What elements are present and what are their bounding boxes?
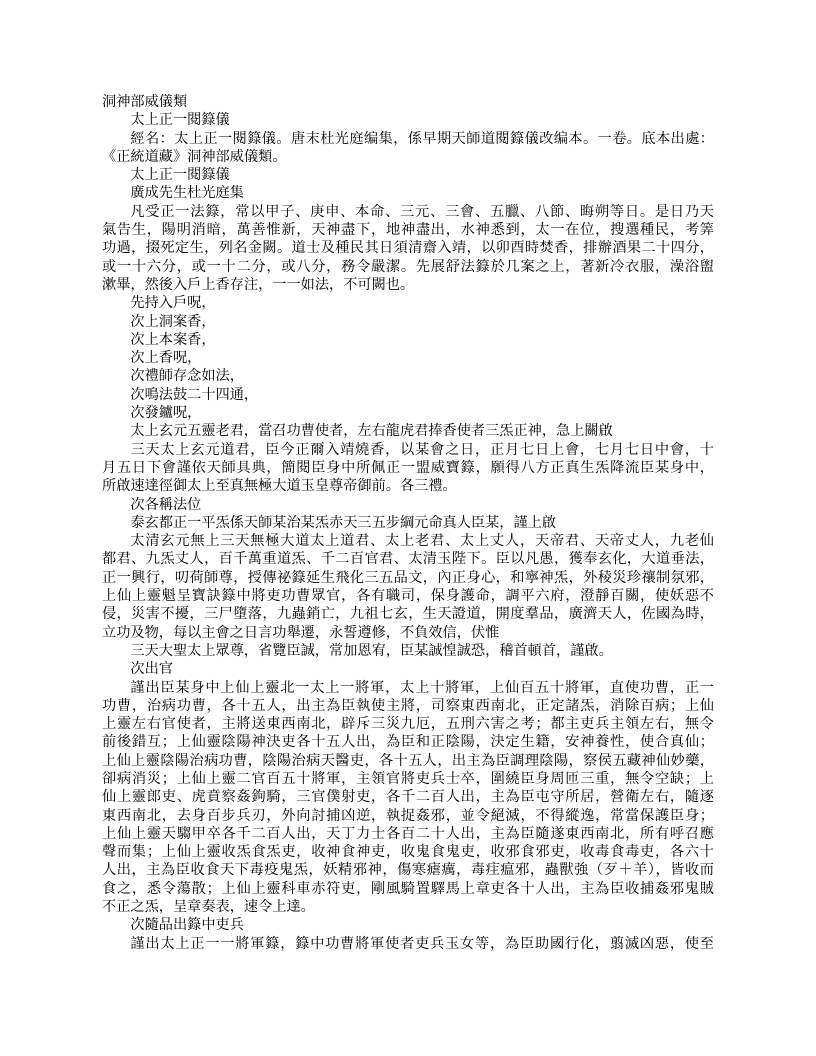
text-line: 都君、九炁丈人，百千萬重道炁、千二百官君、太清玉陛下。臣以凡愚，獲奉玄化，大道垂… <box>102 550 714 568</box>
text-line: 月五日下會謹依天師具典，簡閱臣身中所佩正一盟威寶籙，願得八方正真生炁降流臣某身中… <box>102 459 714 477</box>
text-line: 前後錯互；上仙靈陰陽神決吏各十五人出，為臣和正陰陽，決定生籍，安神養性，使合真仙… <box>102 733 714 751</box>
text-line: 謹出臣某身中上仙上靈北一太上一將軍，太上十將軍，上仙百五十將軍，直使功曹，正一 <box>102 679 714 697</box>
text-line: 上靈左右官使者，主將送東西南北，辟斥三災九厄，五刑六害之考；都主吏兵主領左右，無… <box>102 715 714 733</box>
text-line: 仙上靈郎吏、虎賁察姦鉤騎，三官僕射吏，各千二百人出，主為臣屯守所居，營衛左右，隨… <box>102 788 714 806</box>
text-line: 人出，主為臣收食天下毒疫鬼炁，妖精邪神，傷寒瘧癘，毒疰瘟邪，蟲獸強（歹＋羊），皆… <box>102 861 714 879</box>
text-line: 太上正一閱籙儀 <box>102 166 714 184</box>
text-line: 上仙上靈陰陽治病功曹，陰陽治病天醫吏，各十五人，出主為臣調理陰陽，察侯五藏神仙妙… <box>102 752 714 770</box>
text-line: 功過，掇死定生，列名金闕。道士及種民其日須清齋入靖，以卯酉時焚香，排辦酒果二十四… <box>102 239 714 257</box>
document-text: 洞神部威儀類太上正一閱籙儀經名：太上正一閱籙儀。唐末杜光庭编集，係早期天師道閱籙… <box>102 93 714 953</box>
text-line: 卻病消災；上仙上靈二官百五十將軍，主領官將吏兵士卒，圍繞臣身周匝三重，無令空缺；… <box>102 770 714 788</box>
text-line: 次上香呪， <box>102 349 714 367</box>
text-line: 《正統道藏》洞神部威儀類。 <box>102 148 714 166</box>
text-line: 漱畢，然後入戶上香存注，一一如法，不可闕也。 <box>102 276 714 294</box>
text-line: 或一十六分，或一十二分，或八分，務令嚴潔。先展舒法籙於几案之上，著新冷衣服，澡浴… <box>102 258 714 276</box>
text-line: 洞神部威儀類 <box>102 93 714 111</box>
text-line: 廣成先生杜光庭集 <box>102 184 714 202</box>
text-line: 功曹，治病功曹，各十五人，出主為臣執使主將，司察東西南北，正定諸炁，消除百病；上… <box>102 697 714 715</box>
text-line: 謹出太上正一一將軍籙，籙中功曹將軍使者吏兵玉女等，為臣助國行化，翦滅凶惡，使至 <box>102 935 714 953</box>
text-line: 上仙上靈魁呈寶訣籙中將吏功曹眾官，各有職司，保身護命，調平六府，澄靜百關，使妖惡… <box>102 587 714 605</box>
text-line: 聲而集；上仙上靈收炁食炁吏，收神食神吏，收鬼食鬼吏，收邪食邪吏，收毒食毒吏，各六… <box>102 843 714 861</box>
text-line: 次鳴法鼓二十四通， <box>102 386 714 404</box>
text-line: 先持入戶呪， <box>102 294 714 312</box>
text-line: 次禮師存念如法， <box>102 367 714 385</box>
text-line: 經名：太上正一閱籙儀。唐末杜光庭编集，係早期天師道閱籙儀改编本。一卷。底本出處： <box>102 130 714 148</box>
text-line: 次上洞案香， <box>102 313 714 331</box>
text-line: 次各稱法位 <box>102 496 714 514</box>
text-line: 食之，悉令蕩散；上仙上靈科車赤符吏，剛風騎置驛馬上章吏各十人出，主為臣收捕姦邪鬼… <box>102 880 714 898</box>
text-line: 泰玄都正一平炁係天師某治某炁赤天三五步綱元命真人臣某，謹上啟 <box>102 514 714 532</box>
text-line: 太上玄元五靈老君，當召功曹使者，左右龍虎君捧香使者三炁正神，急上關啟 <box>102 422 714 440</box>
text-line: 次隨品出籙中吏兵 <box>102 916 714 934</box>
text-line: 三天太上玄元道君，臣今正爾入靖燒香，以某會之日，正月七日上會，七月七日中會，十 <box>102 441 714 459</box>
text-line: 立功及物，每以主會之日言功舉遷，永誓遵修，不負效信，伏惟 <box>102 624 714 642</box>
text-line: 次發鑪呪， <box>102 404 714 422</box>
text-line: 凡受正一法籙，常以甲子、庚申、本命、三元、三會、五臘、八節、晦朔等日。是日乃天 <box>102 203 714 221</box>
text-line: 所啟速達徑御太上至真無極大道玉皇尊帝御前。各三禮。 <box>102 477 714 495</box>
text-line: 上仙上靈天騶甲卒各千二百人出，天丁力士各百二十人出，主為臣隨遂東西南北，所有呼召… <box>102 825 714 843</box>
text-line: 不正之炁，呈章奏表，速令上達。 <box>102 898 714 916</box>
document-page: 洞神部威儀類太上正一閱籙儀經名：太上正一閱籙儀。唐末杜光庭编集，係早期天師道閱籙… <box>0 0 816 1056</box>
text-line: 次上本案香， <box>102 331 714 349</box>
text-line: 正一興行，叨荷師尊，授傳祕籙延生飛化三五品文，內正身心，和寧神炁，外稜災珍禳制氛… <box>102 569 714 587</box>
text-line: 次出官 <box>102 660 714 678</box>
text-line: 侵，災害不擾，三尸墮落，九蟲銷亡，九祖七玄，生天證道，開度羣品，廣濟天人，佐國為… <box>102 605 714 623</box>
text-line: 三天大聖太上眾尊，省覽臣誠，常加恩宥，臣某誠惶誠恐，稽首頓首，謹啟。 <box>102 642 714 660</box>
text-line: 太清玄元無上三天無極大道太上道君、太上老君、太上丈人，天帝君、天帝丈人，九老仙 <box>102 532 714 550</box>
text-line: 東西南北，去身百步兵刃，外向討捕凶逆，執捉姦邪，並令絕滅，不得縱逸，常當保護臣身… <box>102 807 714 825</box>
text-line: 太上正一閱籙儀 <box>102 111 714 129</box>
text-line: 氣告生，陽明消暗，萬善惟新，天神盡下，地神盡出，水神悉到，太一在位，搜選種民，考… <box>102 221 714 239</box>
